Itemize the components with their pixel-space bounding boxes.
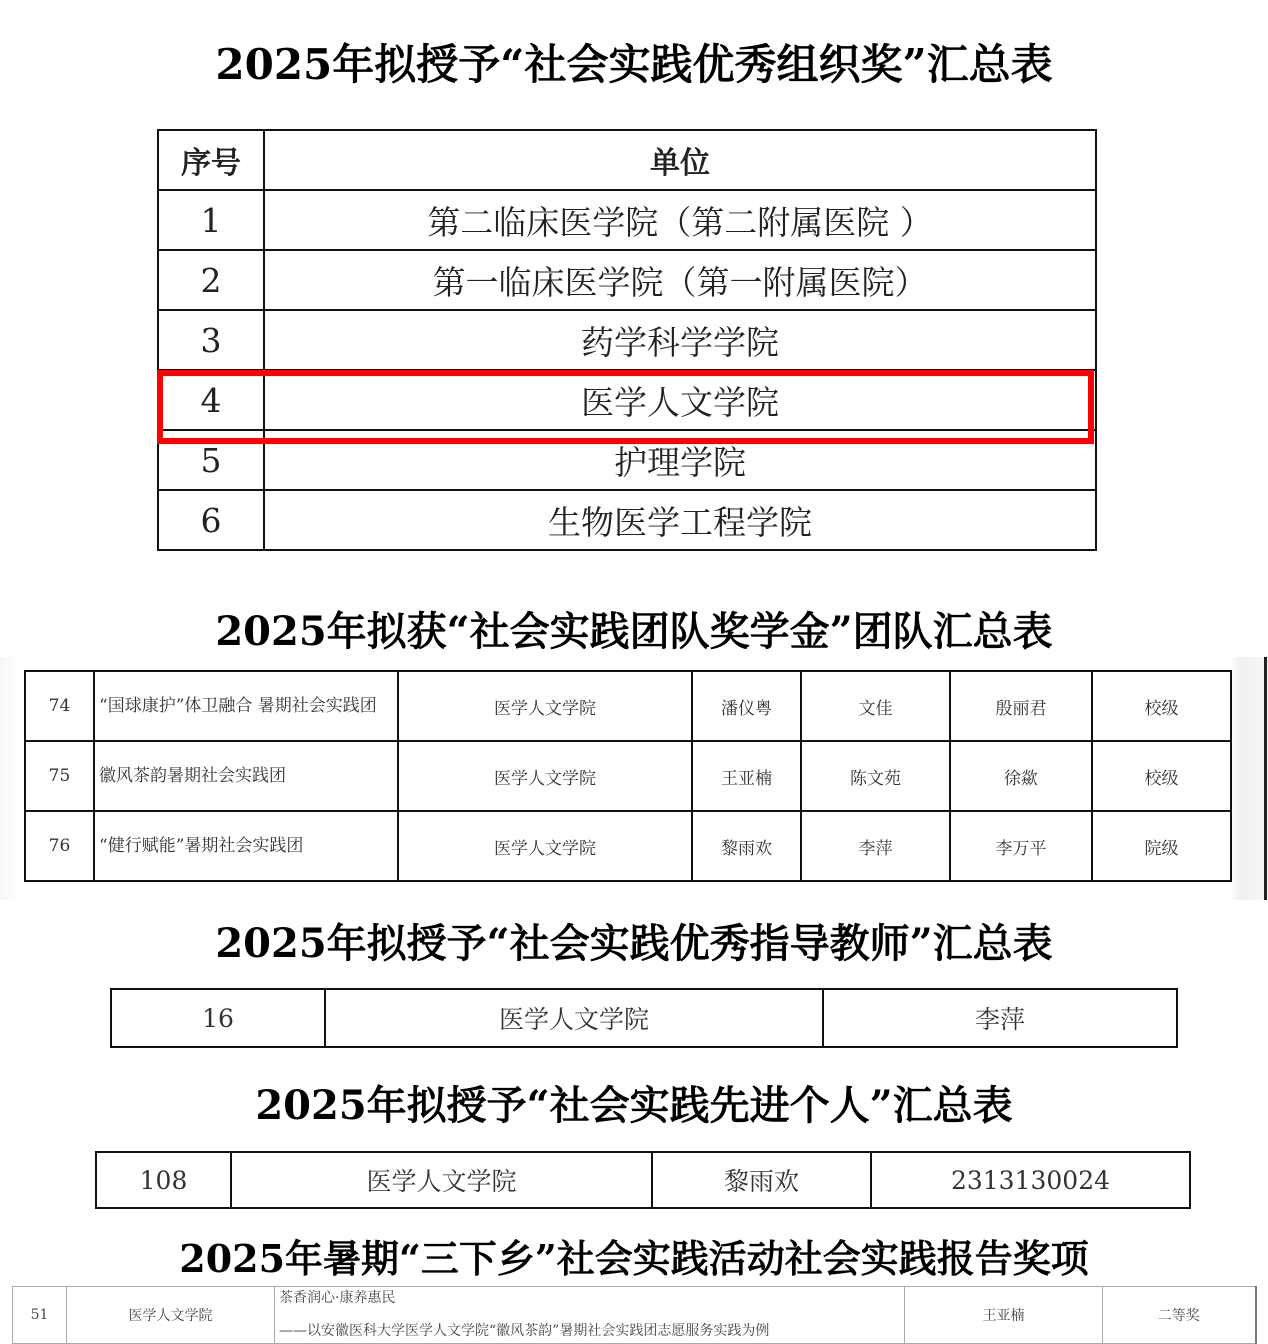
table-row: 51 医学人文学院 茶香润心·康养惠民 ——以安徽医科大学医学人文学院“徽风茶韵… — [13, 1287, 1256, 1344]
cell-unit: 医学人文学院 — [264, 370, 1096, 430]
cell-report-title: 茶香润心·康养惠民 ——以安徽医科大学医学人文学院“徽风茶韵”暑期社会实践团志愿… — [275, 1287, 905, 1344]
header-serial: 序号 — [158, 130, 264, 190]
cell-advisor: 徐歘 — [950, 741, 1092, 811]
cell-unit: 医学人文学院 — [398, 671, 692, 741]
table-row: 3 药学科学学院 — [158, 310, 1096, 370]
cell-advisor: 李万平 — [950, 811, 1092, 881]
cell-unit: 药学科学学院 — [264, 310, 1096, 370]
cell-author: 王亚楠 — [905, 1287, 1103, 1344]
table-row: 75 徽风茶韵暑期社会实践团 医学人文学院 王亚楠 陈文苑 徐歘 校级 — [25, 741, 1231, 811]
page-edge-divider — [1264, 657, 1267, 900]
cell-level: 校级 — [1092, 741, 1231, 811]
cell-leader: 黎雨欢 — [692, 811, 801, 881]
cell-team-name: “国球康护”体卫融合 暑期社会实践团 — [94, 671, 398, 741]
team-scholarship-title: 2025年拟获“社会实践团队奖学金”团队汇总表 — [0, 600, 1268, 657]
cell-unit: 第一临床医学院（第一附属医院） — [264, 250, 1096, 310]
cell-serial: 75 — [25, 741, 94, 811]
table-row: 1 第二临床医学院（第二附属医院 ） — [158, 190, 1096, 250]
cell-unit: 医学人文学院 — [231, 1152, 652, 1208]
cell-unit: 第二临床医学院（第二附属医院 ） — [264, 190, 1096, 250]
header-unit: 单位 — [264, 130, 1096, 190]
report-title-subtitle: ——以安徽医科大学医学人文学院“徽风茶韵”暑期社会实践团志愿服务实践为例 — [279, 1323, 904, 1340]
cell-unit: 生物医学工程学院 — [264, 490, 1096, 550]
cell-student-id: 2313130024 — [871, 1152, 1190, 1208]
cell-serial: 5 — [158, 430, 264, 490]
report-award-table: 51 医学人文学院 茶香润心·康养惠民 ——以安徽医科大学医学人文学院“徽风茶韵… — [12, 1286, 1257, 1344]
cell-level: 院级 — [1092, 811, 1231, 881]
cell-serial: 6 — [158, 490, 264, 550]
cell-unit: 护理学院 — [264, 430, 1096, 490]
report-title-main: 茶香润心·康养惠民 — [279, 1290, 904, 1307]
team-scholarship-table: 74 “国球康护”体卫融合 暑期社会实践团 医学人文学院 潘仪粤 文佳 殷丽君 … — [24, 670, 1232, 882]
cell-serial: 1 — [158, 190, 264, 250]
table-row: 5 护理学院 — [158, 430, 1096, 490]
report-award-title: 2025年暑期“三下乡”社会实践活动社会实践报告奖项 — [0, 1228, 1268, 1283]
cell-advisor: 李萍 — [801, 811, 950, 881]
cell-leader: 王亚楠 — [692, 741, 801, 811]
cell-serial: 76 — [25, 811, 94, 881]
cell-advisor: 文佳 — [801, 671, 950, 741]
cell-student-name: 黎雨欢 — [652, 1152, 871, 1208]
table-row-highlighted: 4 医学人文学院 — [158, 370, 1096, 430]
table-row: 74 “国球康护”体卫融合 暑期社会实践团 医学人文学院 潘仪粤 文佳 殷丽君 … — [25, 671, 1231, 741]
organization-award-title: 2025年拟授予“社会实践优秀组织奖”汇总表 — [0, 32, 1268, 92]
excellent-teacher-table: 16 医学人文学院 李萍 — [110, 988, 1178, 1048]
cell-advisor: 陈文苑 — [801, 741, 950, 811]
cell-teacher-name: 李萍 — [823, 989, 1177, 1047]
cell-level: 校级 — [1092, 671, 1231, 741]
cell-serial: 74 — [25, 671, 94, 741]
table-row: 76 “健行赋能”暑期社会实践团 医学人文学院 黎雨欢 李萍 李万平 院级 — [25, 811, 1231, 881]
cell-team-name: 徽风茶韵暑期社会实践团 — [94, 741, 398, 811]
advanced-individual-title: 2025年拟授予“社会实践先进个人”汇总表 — [0, 1074, 1268, 1131]
table-row: 16 医学人文学院 李萍 — [111, 989, 1177, 1047]
cell-award: 二等奖 — [1103, 1287, 1256, 1344]
cell-unit: 医学人文学院 — [67, 1287, 275, 1344]
cell-serial: 2 — [158, 250, 264, 310]
cell-serial: 16 — [111, 989, 325, 1047]
cell-serial: 51 — [13, 1287, 67, 1344]
table-row: 2 第一临床医学院（第一附属医院） — [158, 250, 1096, 310]
cell-serial: 4 — [158, 370, 264, 430]
excellent-teacher-title: 2025年拟授予“社会实践优秀指导教师”汇总表 — [0, 912, 1268, 969]
cell-advisor: 殷丽君 — [950, 671, 1092, 741]
organization-award-table: 序号 单位 1 第二临床医学院（第二附属医院 ） 2 第一临床医学院（第一附属医… — [157, 129, 1097, 551]
cell-serial: 108 — [96, 1152, 231, 1208]
cell-serial: 3 — [158, 310, 264, 370]
table-header-row: 序号 单位 — [158, 130, 1096, 190]
advanced-individual-table: 108 医学人文学院 黎雨欢 2313130024 — [95, 1151, 1191, 1209]
table-row: 6 生物医学工程学院 — [158, 490, 1096, 550]
cell-unit: 医学人文学院 — [325, 989, 823, 1047]
cell-unit: 医学人文学院 — [398, 741, 692, 811]
cell-unit: 医学人文学院 — [398, 811, 692, 881]
table-row: 108 医学人文学院 黎雨欢 2313130024 — [96, 1152, 1190, 1208]
cell-team-name: “健行赋能”暑期社会实践团 — [94, 811, 398, 881]
cell-leader: 潘仪粤 — [692, 671, 801, 741]
